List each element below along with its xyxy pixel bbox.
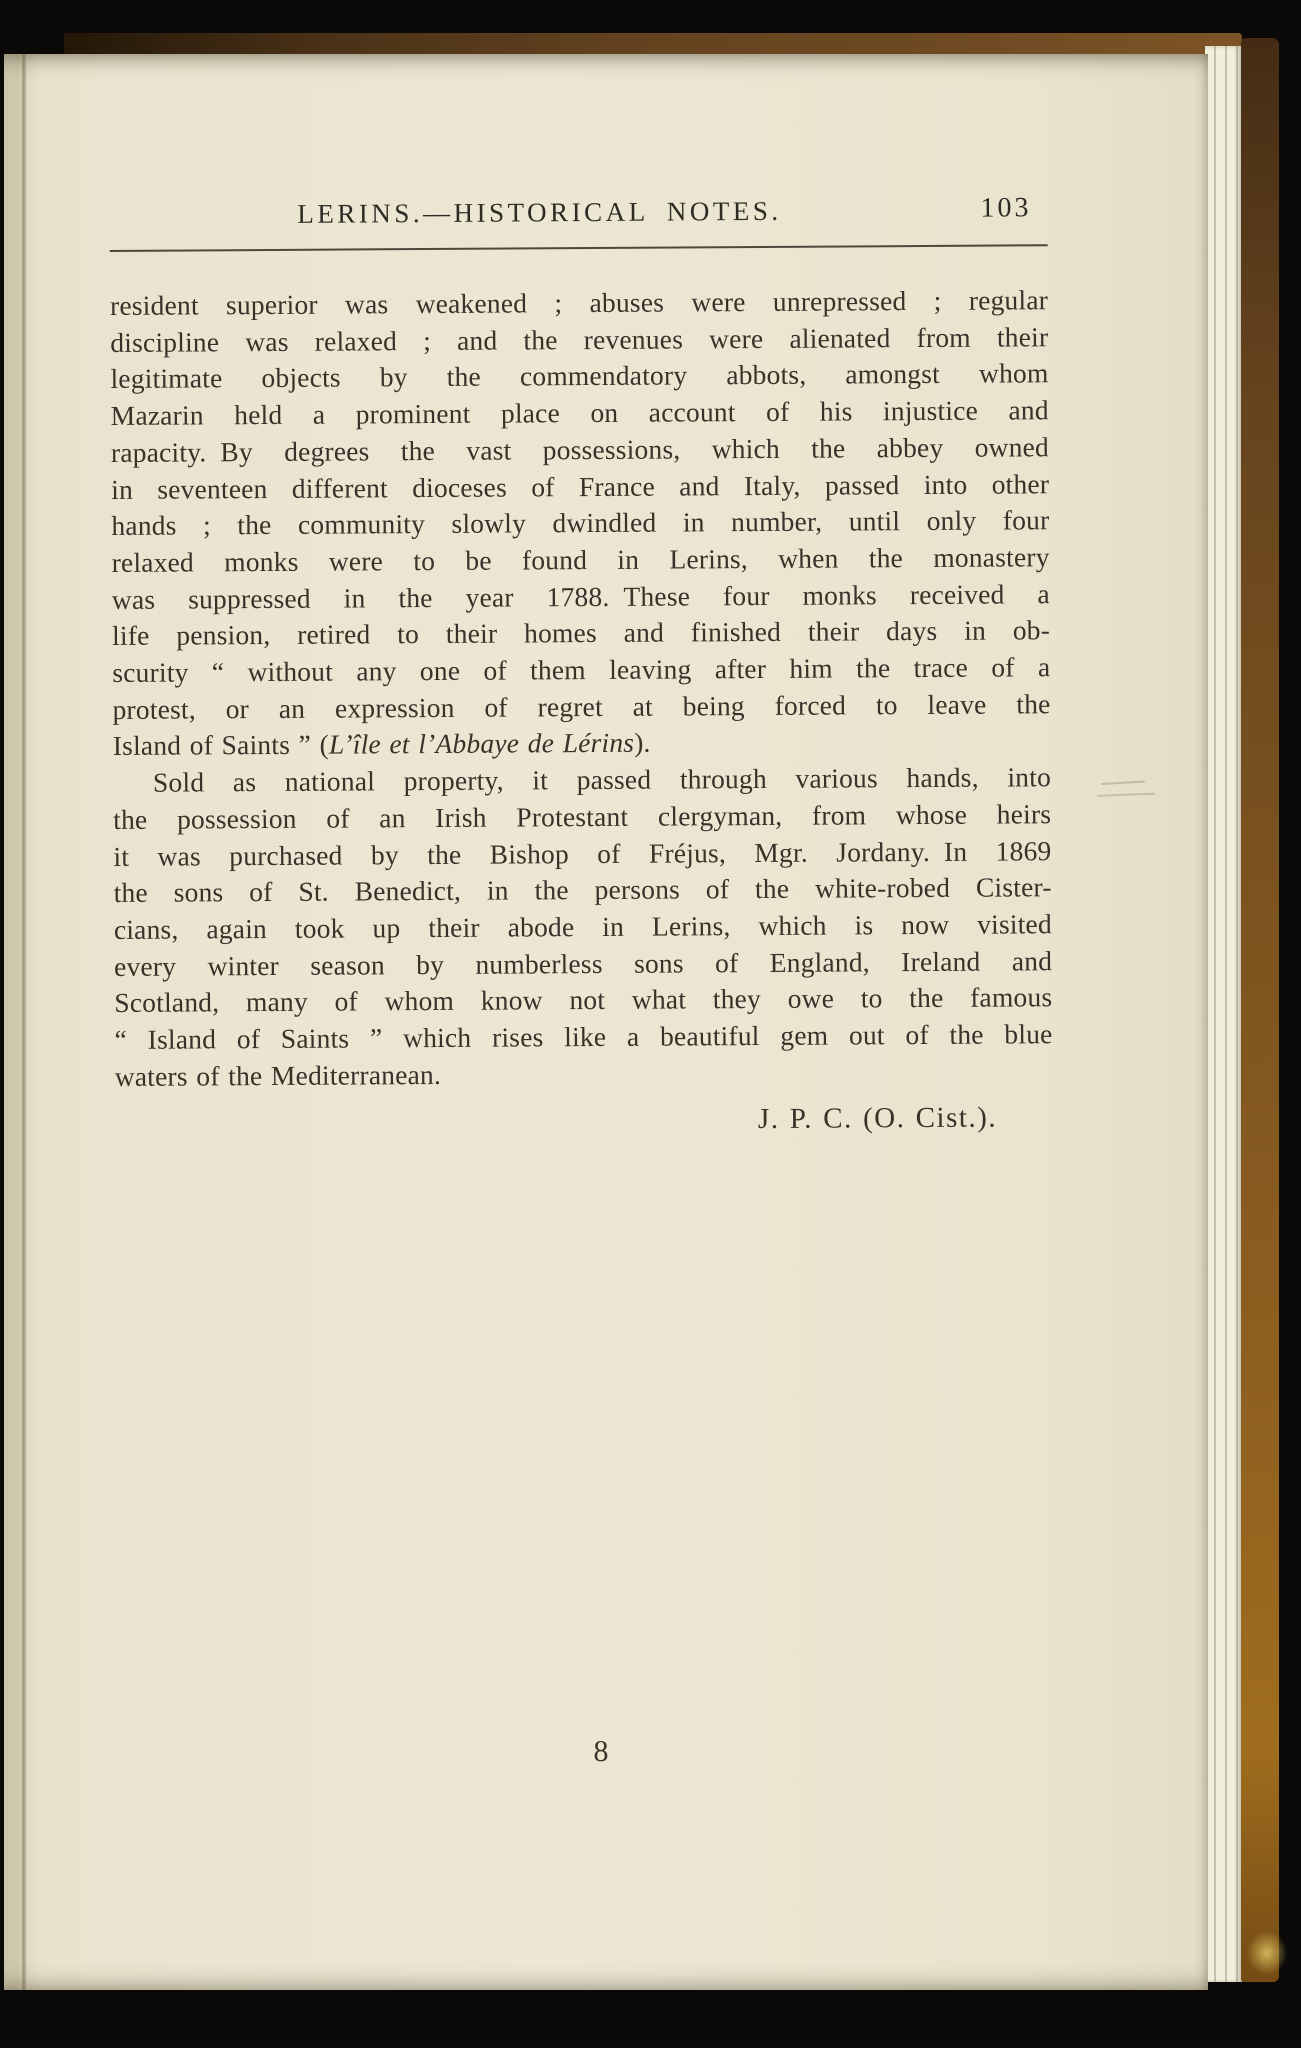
paragraph: resident superior was weakened ; abuses … xyxy=(110,282,1051,765)
text-line: protest, or an expression of regret at b… xyxy=(112,686,1050,728)
text-line: cians, again took up their abode in Leri… xyxy=(114,906,1052,948)
text-line: “ Island of Saints ” which rises like a … xyxy=(114,1016,1052,1058)
text-line: in seventeen different dioceses of Franc… xyxy=(111,466,1049,508)
header-rule xyxy=(110,244,1048,252)
text-segment: waters of the Mediterranean. xyxy=(115,1059,441,1092)
page-number: 103 xyxy=(980,192,1031,224)
running-head: LERINS.—HISTORICAL NOTES. xyxy=(111,194,1047,231)
text-line: Island of Saints ” (L’île et l’Abbaye de… xyxy=(113,723,1051,765)
text-segment: in seventeen different dioceses of Franc… xyxy=(111,468,1049,505)
text-line: waters of the Mediterranean. xyxy=(115,1053,1053,1095)
pencil-mark xyxy=(1097,793,1155,797)
printer-signature-mark: 8 xyxy=(119,1732,1057,1772)
text-segment: scurity “ without any one of them leavin… xyxy=(112,651,1050,688)
text-segment: the sons of St. Benedict, in the persons… xyxy=(114,871,1052,908)
text-segment: “ Island of Saints ” which rises like a … xyxy=(114,1018,1052,1055)
scanned-book-photo: LERINS.—HISTORICAL NOTES. 103 resident s… xyxy=(0,0,1301,2048)
text-segment: life pension, retired to their homes and… xyxy=(112,615,1050,652)
author-signature: J. P. C. (O. Cist.). xyxy=(115,1100,1053,1142)
text-segment: resident superior was weakened ; abuses … xyxy=(110,284,1048,321)
text-segment: the possession of an Irish Protestant cl… xyxy=(113,798,1051,835)
text-line: it was purchased by the Bishop of Fréjus… xyxy=(113,833,1051,875)
text-segment: Scotland, many of whom know not what the… xyxy=(114,982,1052,1019)
text-segment: every winter season by numberless sons o… xyxy=(114,945,1052,982)
text-segment: it was purchased by the Bishop of Fréjus… xyxy=(113,835,1051,872)
text-line: Scotland, many of whom know not what the… xyxy=(114,980,1052,1022)
italic-text-segment: L’île et l’Abbaye de Lérins xyxy=(329,727,634,760)
text-segment: protest, or an expression of regret at b… xyxy=(112,688,1050,725)
text-segment: ). xyxy=(634,727,651,758)
text-segment: was suppressed in the year 1788. These f… xyxy=(112,578,1050,615)
text-line: every winter season by numberless sons o… xyxy=(114,943,1052,985)
text-segment: hands ; the community slowly dwindled in… xyxy=(111,504,1049,541)
page-surface: LERINS.—HISTORICAL NOTES. 103 resident s… xyxy=(4,54,1208,1990)
text-line: Mazarin held a prominent place on accoun… xyxy=(111,392,1049,434)
text-line: life pension, retired to their homes and… xyxy=(112,613,1050,655)
cover-fray-spot xyxy=(1246,1930,1288,1976)
body-text: resident superior was weakened ; abuses … xyxy=(110,282,1053,1142)
text-segment: relaxed monks were to be found in Lerins… xyxy=(112,541,1050,578)
text-line: was suppressed in the year 1788. These f… xyxy=(112,576,1050,618)
text-line: Sold as national property, it passed thr… xyxy=(113,759,1051,801)
text-line: the possession of an Irish Protestant cl… xyxy=(113,796,1051,838)
text-line: rapacity. By degrees the vast possession… xyxy=(111,429,1049,471)
book-cover-edge-right xyxy=(1241,38,1279,1982)
text-line: resident superior was weakened ; abuses … xyxy=(110,282,1048,324)
text-segment: discipline was relaxed ; and the revenue… xyxy=(110,321,1048,358)
text-segment: rapacity. By degrees the vast possession… xyxy=(111,431,1049,468)
text-line: relaxed monks were to be found in Lerins… xyxy=(112,539,1050,581)
page-content: LERINS.—HISTORICAL NOTES. 103 resident s… xyxy=(3,47,1219,1990)
text-line: discipline was relaxed ; and the revenue… xyxy=(110,319,1048,361)
text-segment: Sold as national property, it passed thr… xyxy=(153,761,1051,797)
text-line: legitimate objects by the commendatory a… xyxy=(110,356,1048,398)
text-segment: Island of Saints ” ( xyxy=(113,729,329,761)
pencil-mark xyxy=(1101,781,1145,786)
page-title: LERINS.—HISTORICAL NOTES. xyxy=(297,196,781,230)
text-segment: legitimate objects by the commendatory a… xyxy=(110,358,1048,395)
text-line: scurity “ without any one of them leavin… xyxy=(112,649,1050,691)
text-segment: Mazarin held a prominent place on accoun… xyxy=(111,394,1049,431)
paragraph: Sold as national property, it passed thr… xyxy=(113,759,1053,1095)
text-line: the sons of St. Benedict, in the persons… xyxy=(114,869,1052,911)
text-segment: cians, again took up their abode in Leri… xyxy=(114,908,1052,945)
text-line: hands ; the community slowly dwindled in… xyxy=(111,502,1049,544)
